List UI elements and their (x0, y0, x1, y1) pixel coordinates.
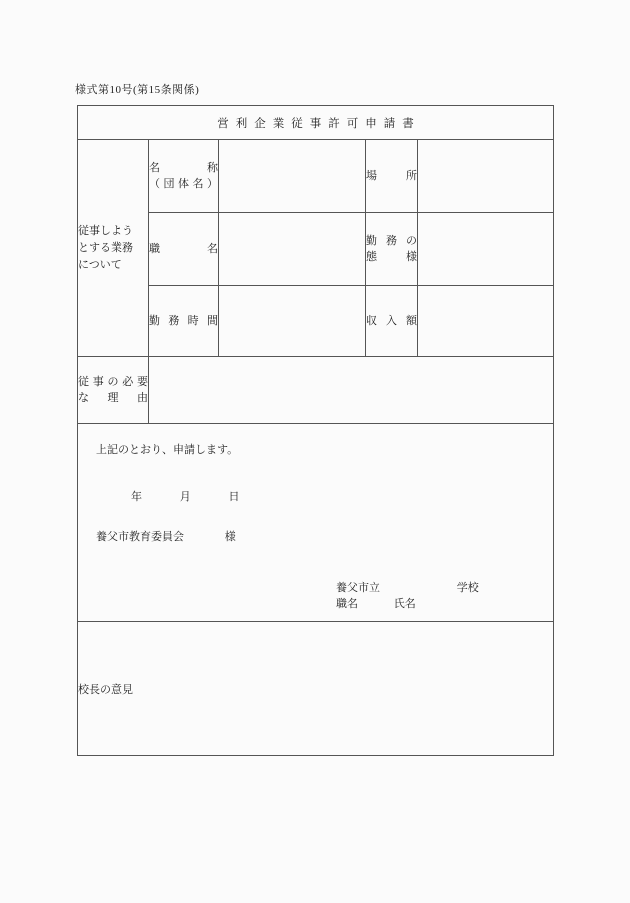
work-mode-label-line1: 勤務の (366, 233, 417, 249)
day-label: 日 (229, 491, 240, 503)
job-title-label-cell: 職名 (149, 213, 219, 286)
work-hours-value-cell (219, 286, 366, 357)
addressee-line: 養父市教育委員会 様 (96, 530, 236, 544)
signer-line: 職名 氏名 (336, 597, 416, 611)
addressee-text: 養父市教育委員会 (96, 531, 184, 543)
reason-label-cell: 従事の必要 な理由 (78, 357, 149, 424)
business-section-header: 従事しよう とする業務 について (78, 140, 149, 357)
form-code-label: 様式第10号(第15条関係) (75, 81, 199, 97)
signer-position-label: 職名 (336, 598, 358, 610)
principal-opinion-row: 校長の意見 (78, 622, 554, 756)
business-row-jobtitle: 職名 勤務の 態様 (78, 213, 554, 286)
signer-name-label: 氏名 (394, 598, 416, 610)
year-label: 年 (131, 491, 142, 503)
school-line: 養父市立 学校 (336, 581, 479, 595)
date-line: 年 月 日 (131, 490, 240, 504)
month-label: 月 (180, 491, 191, 503)
principal-opinion-cell: 校長の意見 (78, 622, 554, 756)
work-hours-label-cell: 勤務時間 (149, 286, 219, 357)
place-label-cell: 場所 (366, 140, 418, 213)
name-value-cell (219, 140, 366, 213)
reason-label-line2: な理由 (78, 390, 148, 406)
declaration-cell: 上記のとおり、申請します。 年 月 日 養父市教育委員会 様 養父市立 学校 (78, 424, 554, 622)
business-row-hours: 勤務時間 収入額 (78, 286, 554, 357)
place-label: 場所 (366, 168, 417, 184)
document-page: 様式第10号(第15条関係) 営利企業従事許可申請書 従事しよう とする業務 に… (0, 0, 630, 903)
job-title-value-cell (219, 213, 366, 286)
income-label-cell: 収入額 (366, 286, 418, 357)
school-suffix-text: 学校 (457, 582, 479, 594)
application-form-table: 営利企業従事許可申請書 従事しよう とする業務 について 名称 （団体名） 場所… (77, 105, 554, 756)
income-label: 収入額 (366, 313, 417, 329)
work-mode-value-cell (418, 213, 554, 286)
place-value-cell (418, 140, 554, 213)
honorific-text: 様 (225, 531, 236, 543)
form-title: 営利企業従事許可申請書 (78, 106, 554, 140)
work-mode-label-line2: 態様 (366, 249, 417, 265)
name-label-line2: （団体名） (149, 176, 218, 192)
reason-value-cell (149, 357, 554, 424)
declaration-statement: 上記のとおり、申請します。 (96, 443, 238, 457)
income-value-cell (418, 286, 554, 357)
name-label-cell: 名称 （団体名） (149, 140, 219, 213)
school-prefix-text: 養父市立 (336, 582, 380, 594)
title-row: 営利企業従事許可申請書 (78, 106, 554, 140)
reason-row: 従事の必要 な理由 (78, 357, 554, 424)
declaration-row: 上記のとおり、申請します。 年 月 日 養父市教育委員会 様 養父市立 学校 (78, 424, 554, 622)
job-title-label: 職名 (149, 241, 218, 257)
reason-label-line1: 従事の必要 (78, 374, 148, 390)
principal-opinion-label: 校長の意見 (78, 684, 133, 696)
work-hours-label: 勤務時間 (149, 313, 218, 329)
name-label-line1: 名称 (149, 160, 218, 176)
business-row-name: 従事しよう とする業務 について 名称 （団体名） 場所 (78, 140, 554, 213)
work-mode-label-cell: 勤務の 態様 (366, 213, 418, 286)
